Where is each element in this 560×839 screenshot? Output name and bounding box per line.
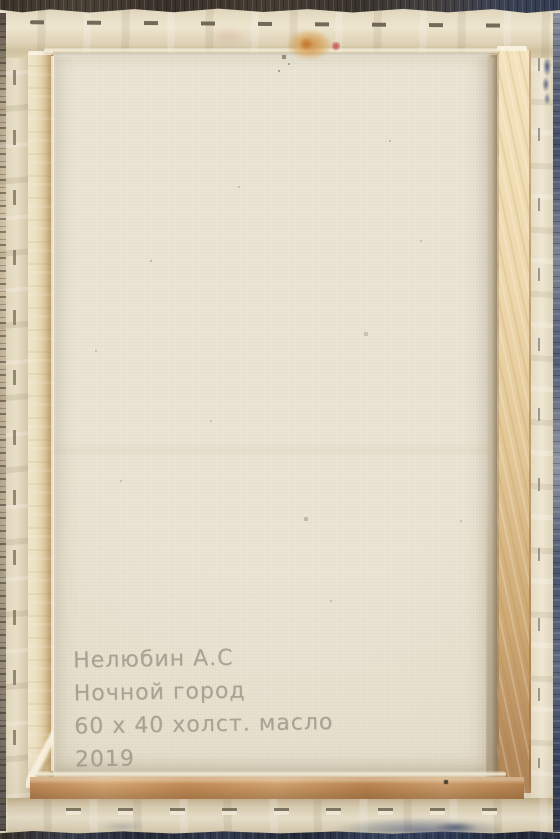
- blue-smudge-left: [92, 821, 152, 832]
- blue-smudge-right: [428, 821, 483, 834]
- artist-inscription: Нелюбин А.С Ночной город 60 x 40 холст. …: [73, 640, 355, 777]
- staple-row-left: [13, 70, 16, 760]
- painted-edge-left: [0, 13, 6, 831]
- stretcher-bar-bottom: [30, 777, 524, 799]
- inscription-year-line: 2019: [75, 739, 356, 777]
- painted-edge-right: [553, 13, 560, 832]
- bar-seam-shadow: [486, 55, 497, 787]
- staple-row-right: [538, 58, 540, 768]
- canvas-back-photo: Нелюбин А.С Ночной город 60 x 40 холст. …: [0, 0, 560, 839]
- rust-stain-core: [298, 38, 314, 50]
- red-paint-dot: [332, 42, 340, 51]
- blue-paint-mark: [540, 58, 553, 106]
- inscription-size-line: 60 x 40 холст. масло: [74, 706, 355, 744]
- stretcher-bar-right-cap: [497, 46, 527, 51]
- inscription-artist-line: Нелюбин А.С: [73, 640, 354, 678]
- stretcher-bar-right: [497, 50, 531, 793]
- ridge-highlight-left: [51, 56, 54, 771]
- staple-row-bottom: [66, 811, 506, 815]
- inscription-title-line: Ночной город: [73, 673, 354, 711]
- ridge-highlight-top: [44, 48, 499, 53]
- dirt-specks: [0, 0, 2, 2]
- pink-smudge: [200, 24, 255, 50]
